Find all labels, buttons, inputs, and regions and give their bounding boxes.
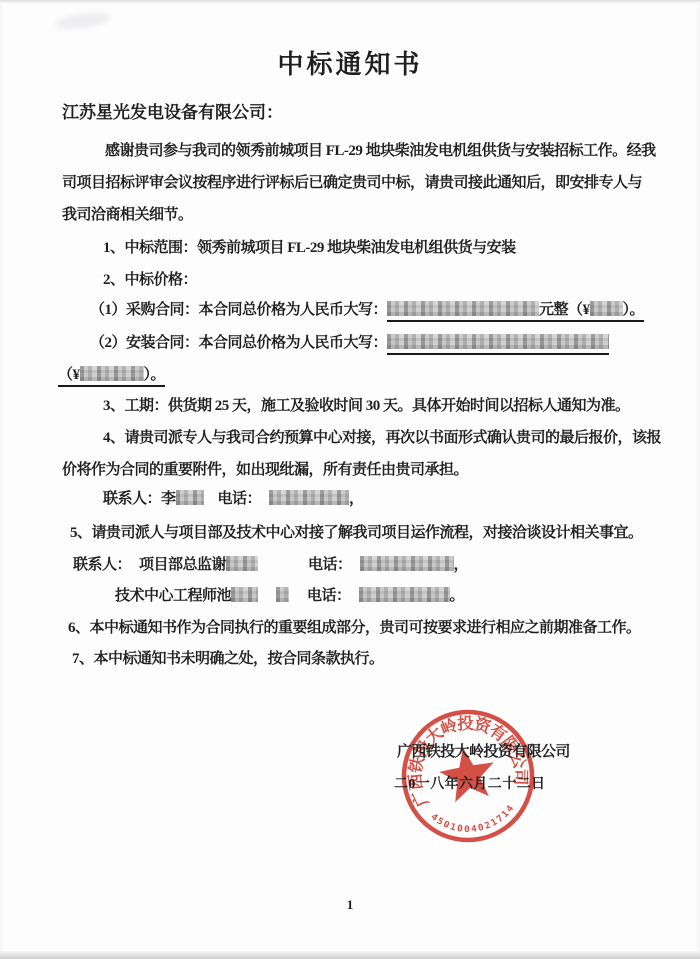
intro-line-2: 司项目招标评审会议按程序进行评标后已确定贵司中标，请贵司接此通知后，即安排专人与	[62, 173, 642, 193]
redacted-contact-name	[231, 587, 258, 602]
redacted-contact-name	[226, 556, 258, 571]
contact-role-name: 项目部总监谢	[139, 557, 226, 573]
redacted-purchase-amount-figures	[590, 301, 623, 316]
contact-line-project-director: 联系人：项目部总监谢电话：，	[73, 555, 468, 575]
contract-2-prefix: （2）安装合同：本合同总价格为人民币大写：	[90, 335, 387, 351]
redacted-phone-number	[359, 587, 450, 602]
contact-name-prefix: 李	[161, 491, 176, 507]
redacted-purchase-amount-words	[387, 301, 539, 316]
recipient-line: 江苏星光发电设备有限公司：	[62, 103, 283, 123]
redacted-install-amount-figures	[80, 366, 144, 381]
item-2-price: 2、中标价格：	[103, 270, 197, 290]
contact-role-name: 技术中心工程师池	[115, 588, 231, 604]
contract-2-underlined-value	[387, 335, 609, 355]
contract-1-mid: 元整（¥	[539, 302, 590, 318]
signature-company-name: 广西铁投大岭投资有限公司	[397, 740, 570, 761]
item-4-line-1: 4、请贵司派专人与我司合约预算中心对接，再次以书面形式确认贵司的最后报价，该报	[103, 428, 661, 448]
scanned-award-notice-page: 中标通知书 江苏星光发电设备有限公司： 感谢贵司参与我司的领秀前城项目 FL-2…	[0, 0, 700, 959]
item-6-contract-part: 6、本中标通知书作为合同执行的重要组成部分，贵司可按要求进行相应之前期准备工作。	[68, 618, 641, 638]
contract-1-purchase-line: （1）采购合同：本合同总价格为人民币大写：元整（¥）。	[90, 300, 644, 320]
item-5-liaison: 5、请贵司派人与项目部及技术中心对接了解我司项目运作流程，对接洽谈设计相关事宜。	[70, 523, 643, 543]
scan-bottom-edge	[0, 951, 700, 959]
contact-label: 联系人：	[103, 491, 161, 507]
contact-tail: 。	[450, 588, 465, 604]
intro-line-3: 我司洽商相关细节。	[62, 205, 193, 225]
phone-label: 电话：	[308, 557, 352, 573]
phone-label: 电话：	[218, 491, 262, 507]
contract-2-install-line: （2）安装合同：本合同总价格为人民币大写：	[90, 333, 609, 353]
page-number: 1	[0, 897, 700, 913]
contract-2-continuation-line: （¥）。	[58, 365, 165, 385]
contact-tail: ，	[349, 491, 364, 507]
intro-line-1: 感谢贵司参与我司的领秀前城项目 FL-29 地块柴油发电机组供货与安装招标工作。…	[105, 141, 656, 161]
contract-1-underlined-value: 元整（¥）。	[387, 302, 644, 322]
contact-line-tech-engineer: 技术中心工程师池电话：。	[115, 586, 464, 606]
item-1-scope: 1、中标范围：领秀前城项目 FL-29 地块柴油发电机组供货与安装	[103, 238, 516, 258]
item-3-schedule: 3、工期：供货期 25 天，施工及验收时间 30 天。具体开始时间以招标人通知为…	[103, 396, 630, 416]
scan-smudge-artifact	[54, 10, 110, 32]
contact-label: 联系人：	[73, 557, 131, 573]
contract-1-suffix: ）。	[623, 302, 645, 318]
contract-2-cont-suffix: ）。	[144, 367, 166, 383]
item-7-terms: 7、本中标通知书未明确之处，按合同条款执行。	[72, 649, 384, 669]
item-4-line-2: 价将作为合同的重要附件，如出现纰漏，所有责任由贵司承担。	[62, 460, 468, 480]
document-title: 中标通知书	[0, 44, 700, 81]
redacted-phone-number	[360, 556, 454, 571]
contact-tail: ，	[454, 557, 469, 573]
scan-top-edge	[0, 0, 700, 3]
contract-2-cont-underlined: （¥）。	[58, 367, 165, 387]
contract-1-prefix: （1）采购合同：本合同总价格为人民币大写：	[90, 302, 387, 318]
contact-line-budget-center: 联系人：李电话：，	[103, 489, 364, 509]
redacted-contact-name-2	[276, 587, 289, 602]
contract-2-cont-prefix: （¥	[58, 367, 80, 383]
redacted-install-amount-words	[387, 334, 609, 349]
redacted-phone-number	[269, 490, 349, 505]
phone-label: 电话：	[307, 588, 351, 604]
signature-date: 二0一八年六月二十二日	[394, 773, 545, 793]
redacted-contact-name	[176, 490, 204, 505]
